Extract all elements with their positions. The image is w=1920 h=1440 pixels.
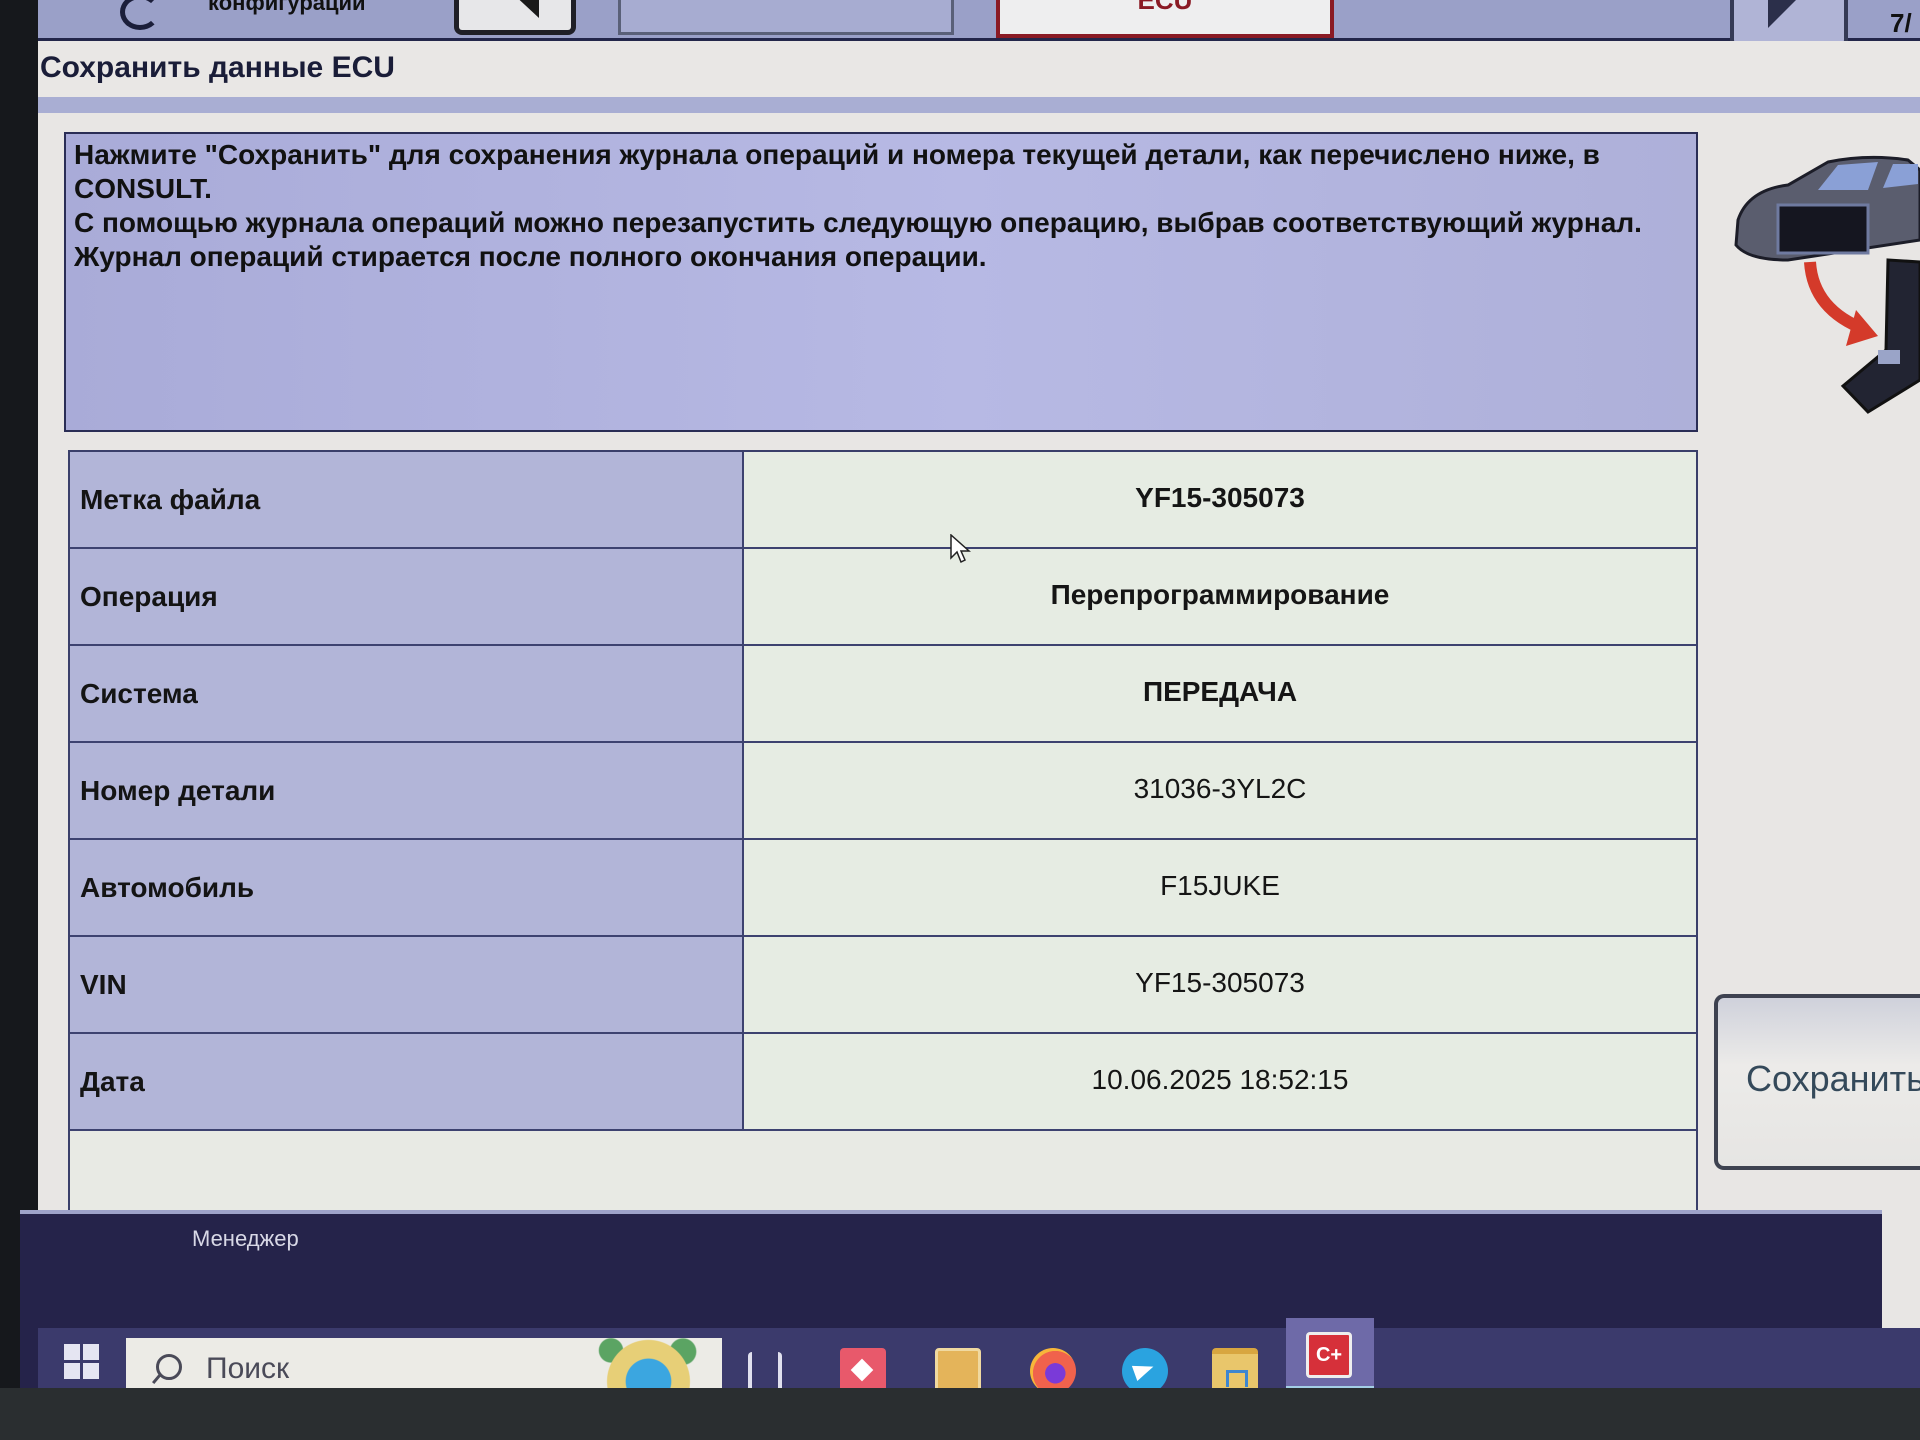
save-button[interactable]: Сохранить (1714, 994, 1920, 1170)
table-row: VIN YF15-305073 (70, 937, 1696, 1034)
table-row: Дата 10.06.2025 18:52:15 (70, 1034, 1696, 1131)
row-value: Перепрограммирование (744, 549, 1696, 644)
ecu-data-table: Метка файла YF15-305073 Операция Перепро… (68, 450, 1698, 1223)
table-footer (70, 1131, 1696, 1221)
toolbar: конфигурации ECU 7/ (38, 0, 1920, 41)
title-divider (38, 97, 1920, 113)
windows-start-icon[interactable] (64, 1344, 100, 1380)
row-label: Дата (70, 1034, 744, 1129)
instruction-line-2: С помощью журнала операций можно перезап… (74, 206, 1688, 274)
row-value: YF15-305073 (744, 937, 1696, 1032)
car-to-laptop-transfer-icon (1718, 150, 1920, 420)
task-view-icon[interactable] (748, 1352, 782, 1392)
table-row: Номер детали 31036-3YL2C (70, 743, 1696, 840)
table-row: Операция Перепрограммирование (70, 549, 1696, 646)
consult-app-window: конфигурации ECU 7/ Сохранить данные ECU… (38, 0, 1920, 1388)
row-label: Система (70, 646, 744, 741)
instruction-line-1: Нажмите "Сохранить" для сохранения журна… (74, 138, 1688, 206)
page-title: Сохранить данные ECU (40, 51, 395, 85)
row-label: VIN (70, 937, 744, 1032)
ecu-tab[interactable]: ECU (996, 0, 1334, 38)
search-icon (156, 1354, 182, 1380)
row-label: Операция (70, 549, 744, 644)
page-indicator: 7/ (1890, 8, 1912, 39)
table-row: Автомобиль F15JUKE (70, 840, 1696, 937)
search-placeholder: Поиск (206, 1352, 289, 1386)
row-label: Метка файла (70, 452, 744, 547)
row-label: Автомобиль (70, 840, 744, 935)
row-value: 10.06.2025 18:52:15 (744, 1034, 1696, 1129)
config-label: конфигурации (208, 0, 366, 16)
table-row: Система ПЕРЕДАЧА (70, 646, 1696, 743)
desktop-icon-label[interactable]: Менеджер (192, 1226, 299, 1252)
monitor-bezel-bottom (0, 1388, 1920, 1440)
table-row: Метка файла YF15-305073 (70, 452, 1696, 549)
row-value: 31036-3YL2C (744, 743, 1696, 838)
toolbar-tab[interactable] (618, 0, 954, 35)
row-value: YF15-305073 (744, 452, 1696, 547)
refresh-icon[interactable] (120, 0, 160, 30)
row-value: ПЕРЕДАЧА (744, 646, 1696, 741)
row-label: Номер детали (70, 743, 744, 838)
row-value: F15JUKE (744, 840, 1696, 935)
consult-icon[interactable]: C+ (1306, 1332, 1352, 1378)
instruction-box: Нажмите "Сохранить" для сохранения журна… (64, 132, 1698, 432)
back-button[interactable] (454, 0, 576, 35)
title-bar: Сохранить данные ECU (38, 41, 1920, 97)
